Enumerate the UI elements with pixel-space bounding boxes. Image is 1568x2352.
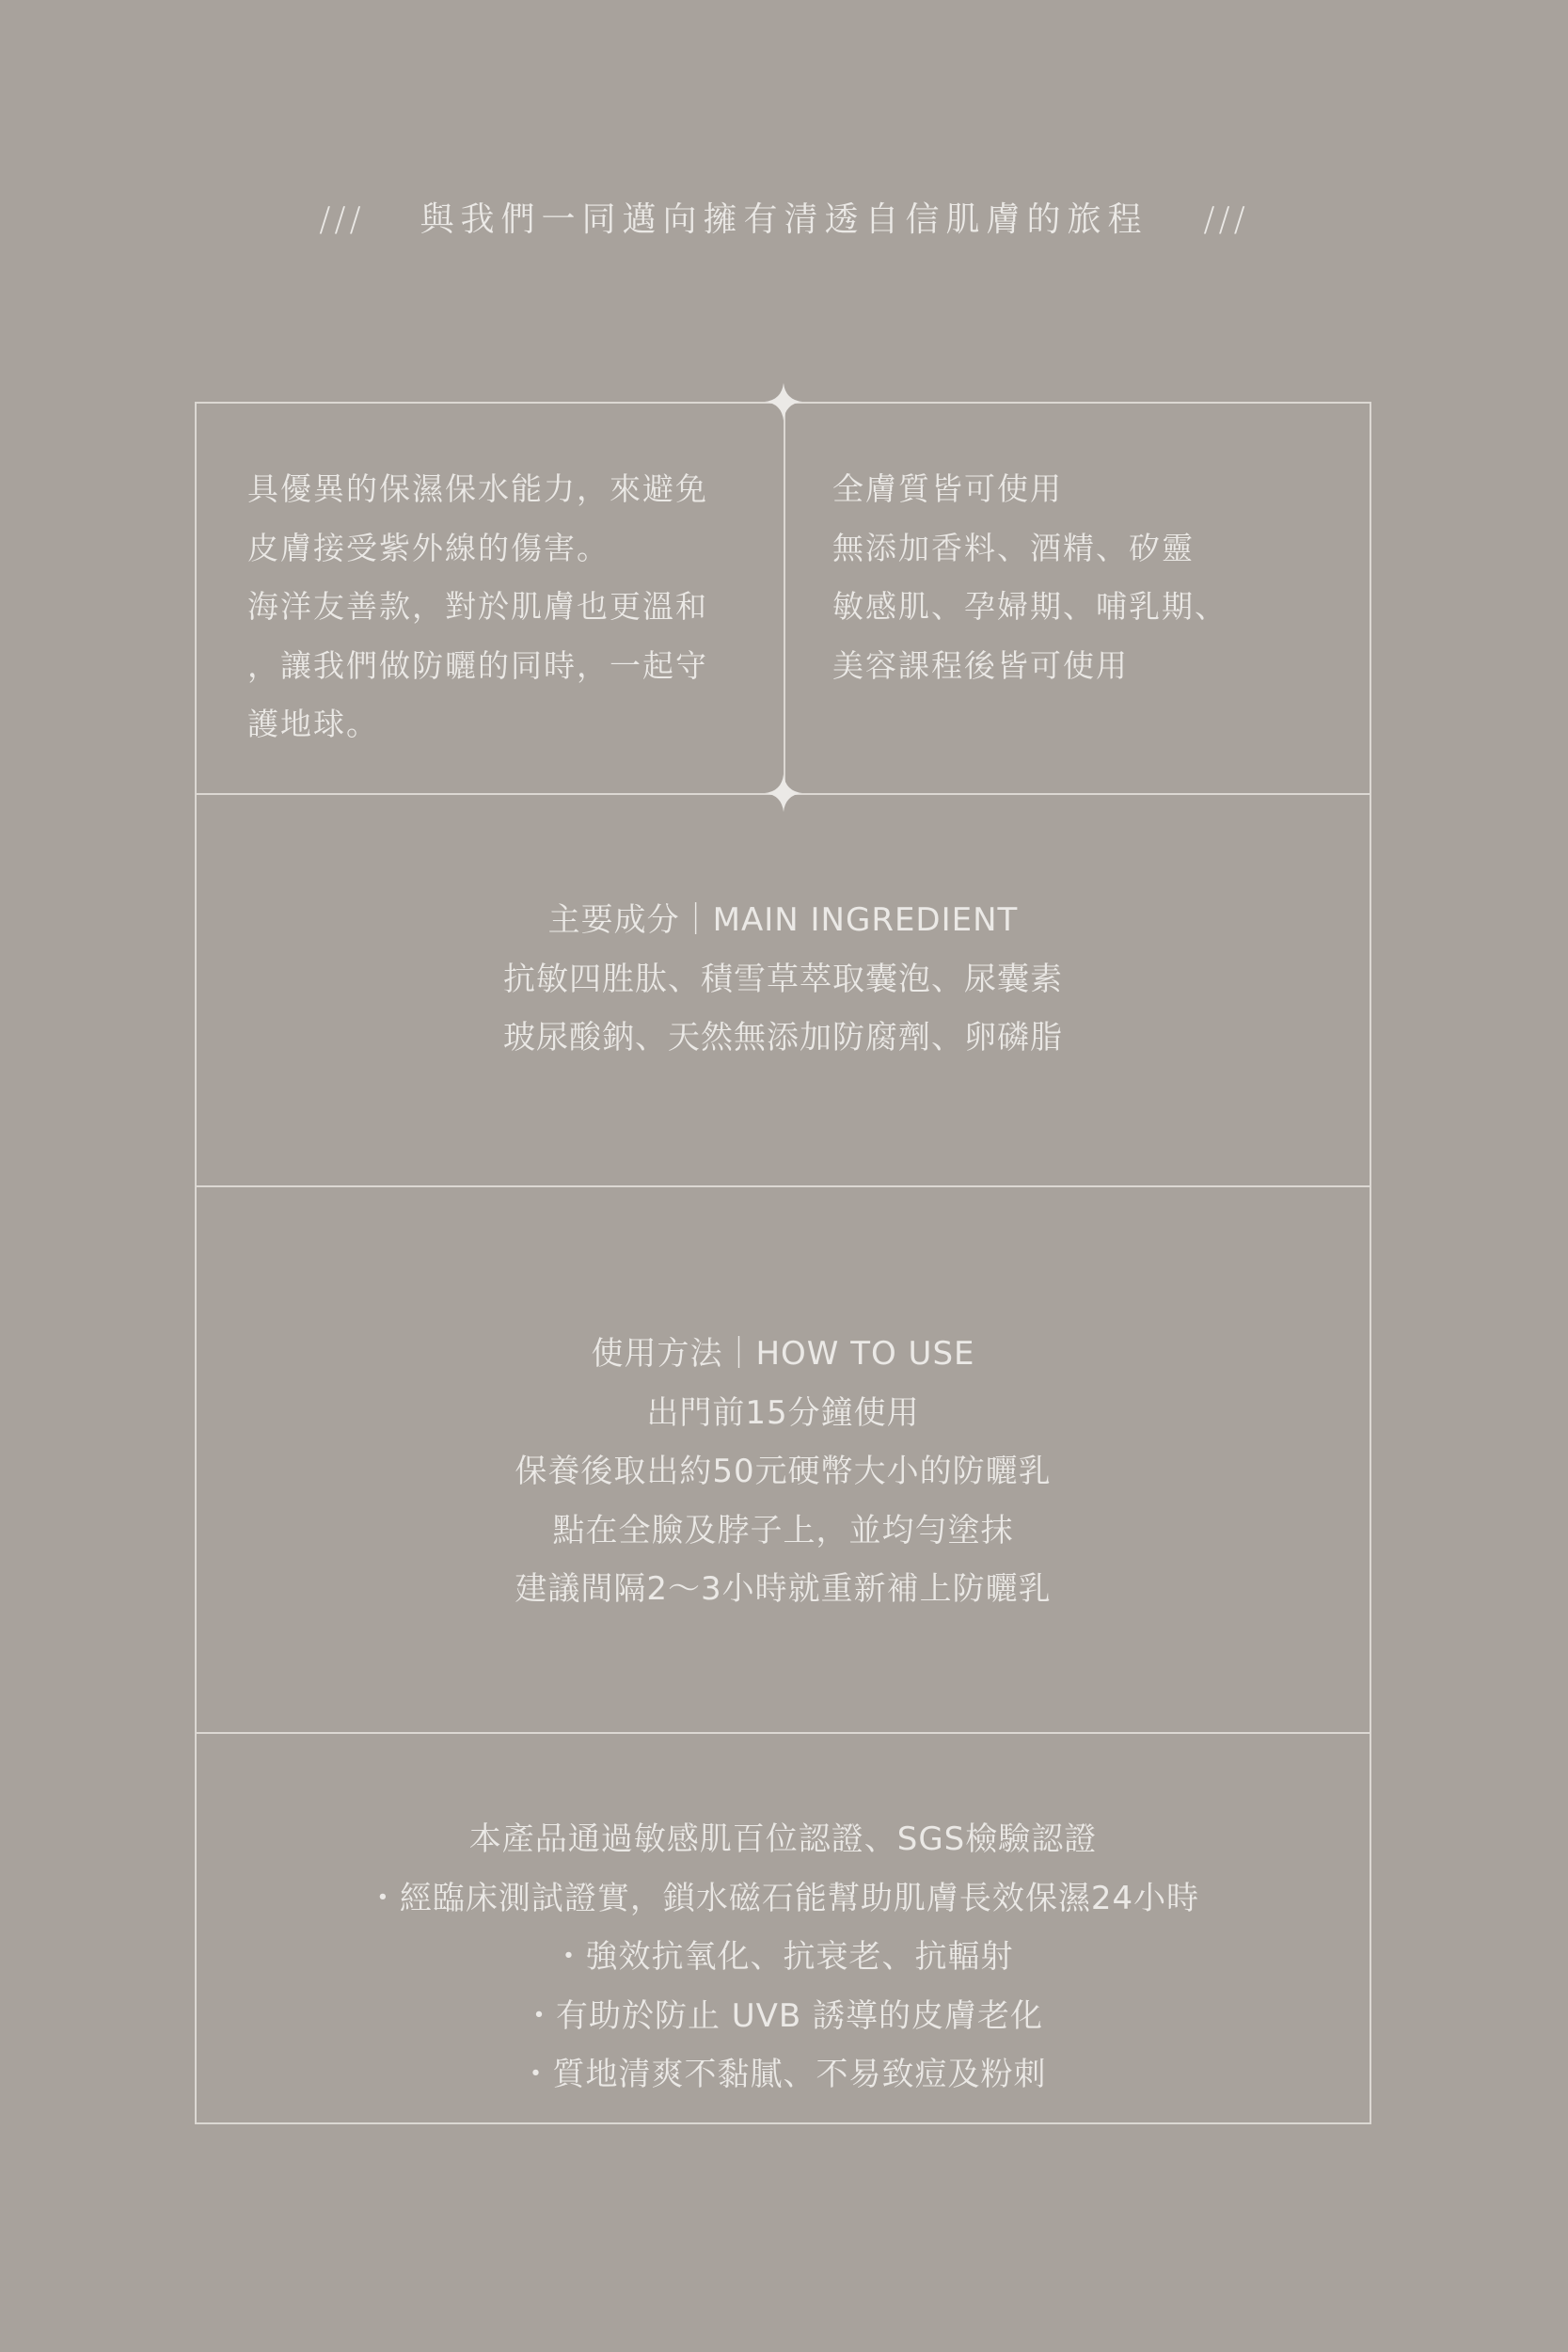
page-title: /// 與我們一同邁向擁有清透自信肌膚的旅程 /// bbox=[0, 196, 1568, 245]
how-to-use-line: 點在全臉及脖子上，並均勻塗抹 bbox=[197, 1502, 1370, 1561]
certification-line: ・質地清爽不黏膩、不易致痘及粉刺 bbox=[197, 2045, 1370, 2105]
four-point-star-icon bbox=[765, 774, 802, 812]
certification-line: ・強效抗氧化、抗衰老、抗輻射 bbox=[197, 1928, 1370, 1987]
certification-section: 本產品通過敏感肌百位認證、SGS檢驗認證 ・經臨床測試證實，鎖水磁石能幫助肌膚長… bbox=[197, 1734, 1370, 2126]
ingredients-section: 主要成分｜MAIN INGREDIENT 抗敏四胜肽、積雪草萃取囊泡、尿囊素 玻… bbox=[197, 795, 1370, 1187]
how-to-use-heading: 使用方法｜HOW TO USE bbox=[197, 1325, 1370, 1384]
feature-line: 全膚質皆可使用 bbox=[832, 460, 1371, 519]
feature-line: 護地球。 bbox=[247, 695, 785, 755]
feature-cell-moisture: 具優異的保濕保水能力，來避免 皮膚接受紫外線的傷害。 海洋友善款，對於肌膚也更溫… bbox=[197, 404, 785, 795]
feature-line: 敏感肌、孕婦期、哺乳期、 bbox=[832, 578, 1371, 637]
title-slashes-right: /// bbox=[1203, 200, 1248, 239]
feature-line: 無添加香料、酒精、矽靈 bbox=[832, 519, 1371, 579]
feature-line: 皮膚接受紫外線的傷害。 bbox=[247, 519, 785, 579]
feature-line: 具優異的保濕保水能力，來避免 bbox=[247, 460, 785, 519]
product-info-frame: 具優異的保濕保水能力，來避免 皮膚接受紫外線的傷害。 海洋友善款，對於肌膚也更溫… bbox=[195, 402, 1371, 2124]
how-to-use-line: 保養後取出約50元硬幣大小的防曬乳 bbox=[197, 1442, 1370, 1502]
ingredients-line: 抗敏四胜肽、積雪草萃取囊泡、尿囊素 bbox=[197, 950, 1370, 1009]
certification-line: 本產品通過敏感肌百位認證、SGS檢驗認證 bbox=[197, 1810, 1370, 1869]
feature-cell-skin-types: 全膚質皆可使用 無添加香料、酒精、矽靈 敏感肌、孕婦期、哺乳期、 美容課程後皆可… bbox=[785, 404, 1371, 795]
ingredients-line: 玻尿酸鈉、天然無添加防腐劑、卵磷脂 bbox=[197, 1009, 1370, 1068]
title-slashes-left: /// bbox=[319, 200, 364, 239]
feature-line: 美容課程後皆可使用 bbox=[832, 637, 1371, 696]
feature-line: 海洋友善款，對於肌膚也更溫和 bbox=[247, 578, 785, 637]
four-point-star-icon bbox=[765, 383, 802, 421]
feature-line: ，讓我們做防曬的同時，一起守 bbox=[247, 637, 785, 696]
certification-line: ・經臨床測試證實，鎖水磁石能幫助肌膚長效保濕24小時 bbox=[197, 1869, 1370, 1929]
title-text: 與我們一同邁向擁有清透自信肌膚的旅程 bbox=[420, 200, 1148, 239]
how-to-use-section: 使用方法｜HOW TO USE 出門前15分鐘使用 保養後取出約50元硬幣大小的… bbox=[197, 1187, 1370, 1734]
certification-line: ・有助於防止 UVB 誘導的皮膚老化 bbox=[197, 1987, 1370, 2046]
how-to-use-line: 建議間隔2～3小時就重新補上防曬乳 bbox=[197, 1560, 1370, 1619]
ingredients-heading: 主要成分｜MAIN INGREDIENT bbox=[197, 891, 1370, 950]
how-to-use-line: 出門前15分鐘使用 bbox=[197, 1384, 1370, 1443]
